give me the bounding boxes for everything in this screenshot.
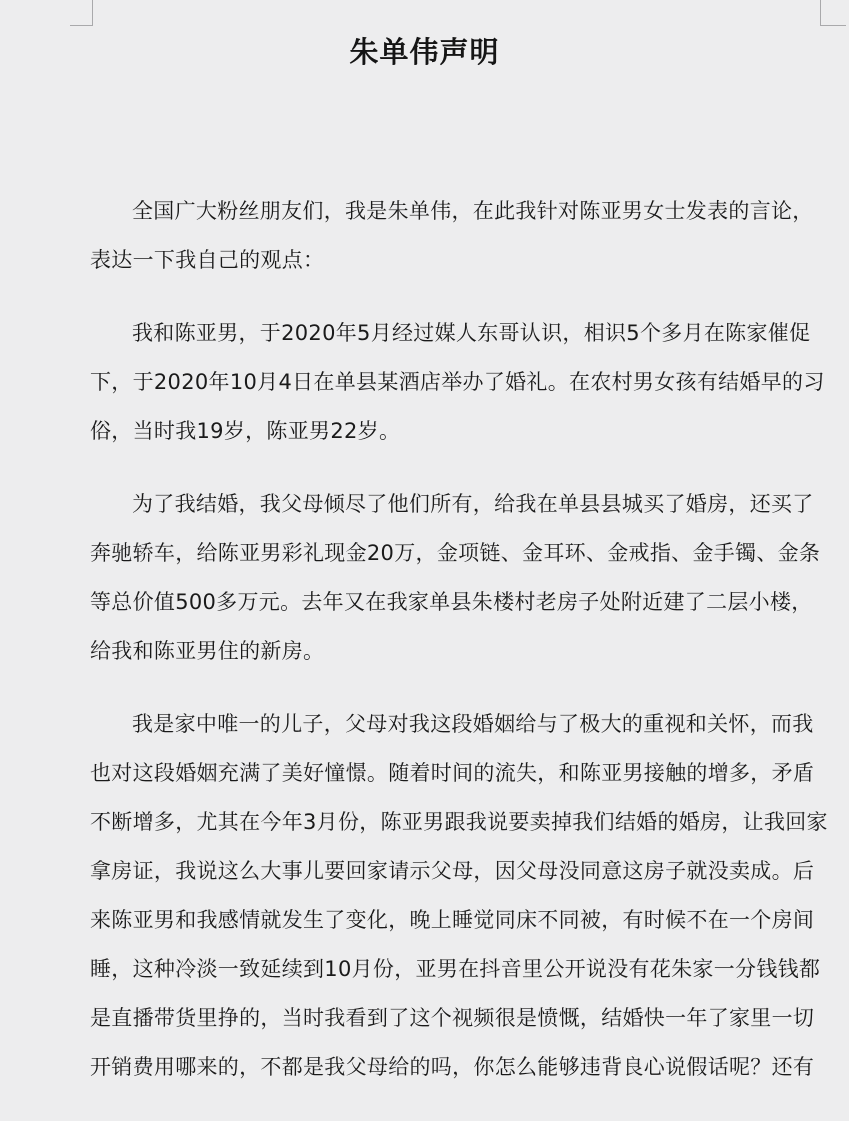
text-line: 来陈亚男和我感情就发生了变化，晚上睡觉同床不同被，有时候不在一个房间 xyxy=(90,896,820,945)
page-corner-mark-top-right xyxy=(820,0,846,26)
text-line: 也对这段婚姻充满了美好憧憬。随着时间的流失，和陈亚男接触的增多，矛盾 xyxy=(90,749,820,798)
text-line: 睡，这种冷淡一致延续到10月份，亚男在抖音里公开说没有花朱家一分钱钱都 xyxy=(90,945,820,994)
text-line: 为了我结婚，我父母倾尽了他们所有，给我在单县县城买了婚房，还买了 xyxy=(90,480,820,529)
text-line: 全国广大粉丝朋友们，我是朱单伟，在此我针对陈亚男女士发表的言论， xyxy=(90,187,820,236)
paragraph-conflict: 我是家中唯一的儿子，父母对我这段婚姻给与了极大的重视和关怀，而我 也对这段婚姻充… xyxy=(90,700,820,1092)
paragraph-greeting: 全国广大粉丝朋友们，我是朱单伟，在此我针对陈亚男女士发表的言论， 表达一下我自己… xyxy=(90,187,820,285)
page-corner-mark-top-left xyxy=(70,0,93,26)
text-line: 表达一下我自己的观点： xyxy=(90,236,820,285)
text-line: 我和陈亚男，于2020年5月经过媒人东哥认识，相识5个多月在陈家催促 xyxy=(90,309,820,358)
text-line: 我是家中唯一的儿子，父母对我这段婚姻给与了极大的重视和关怀，而我 xyxy=(90,700,820,749)
text-line: 拿房证，我说这么大事儿要回家请示父母，因父母没同意这房子就没卖成。后 xyxy=(90,847,820,896)
document-title: 朱单伟声明 xyxy=(0,30,849,71)
text-line: 奔驰轿车，给陈亚男彩礼现金20万，金项链、金耳环、金戒指、金手镯、金条 xyxy=(90,529,820,578)
text-line: 不断增多，尤其在今年3月份，陈亚男跟我说要卖掉我们结婚的婚房，让我回家 xyxy=(90,798,820,847)
text-line: 给我和陈亚男住的新房。 xyxy=(90,627,820,676)
text-line: 俗，当时我19岁，陈亚男22岁。 xyxy=(90,407,820,456)
text-line: 是直播带货里挣的，当时我看到了这个视频很是愤慨，结婚快一年了家里一切 xyxy=(90,994,820,1043)
document-body: 全国广大粉丝朋友们，我是朱单伟，在此我针对陈亚男女士发表的言论， 表达一下我自己… xyxy=(90,187,820,1092)
paragraph-meeting: 我和陈亚男，于2020年5月经过媒人东哥认识，相识5个多月在陈家催促 下，于20… xyxy=(90,309,820,456)
text-line: 下，于2020年10月4日在单县某酒店举办了婚礼。在农村男女孩有结婚早的习 xyxy=(90,358,820,407)
paragraph-dowry: 为了我结婚，我父母倾尽了他们所有，给我在单县县城买了婚房，还买了 奔驰轿车，给陈… xyxy=(90,480,820,676)
text-line: 开销费用哪来的，不都是我父母给的吗，你怎么能够违背良心说假话呢？还有 xyxy=(90,1043,820,1092)
text-line: 等总价值500多万元。去年又在我家单县朱楼村老房子处附近建了二层小楼， xyxy=(90,578,820,627)
